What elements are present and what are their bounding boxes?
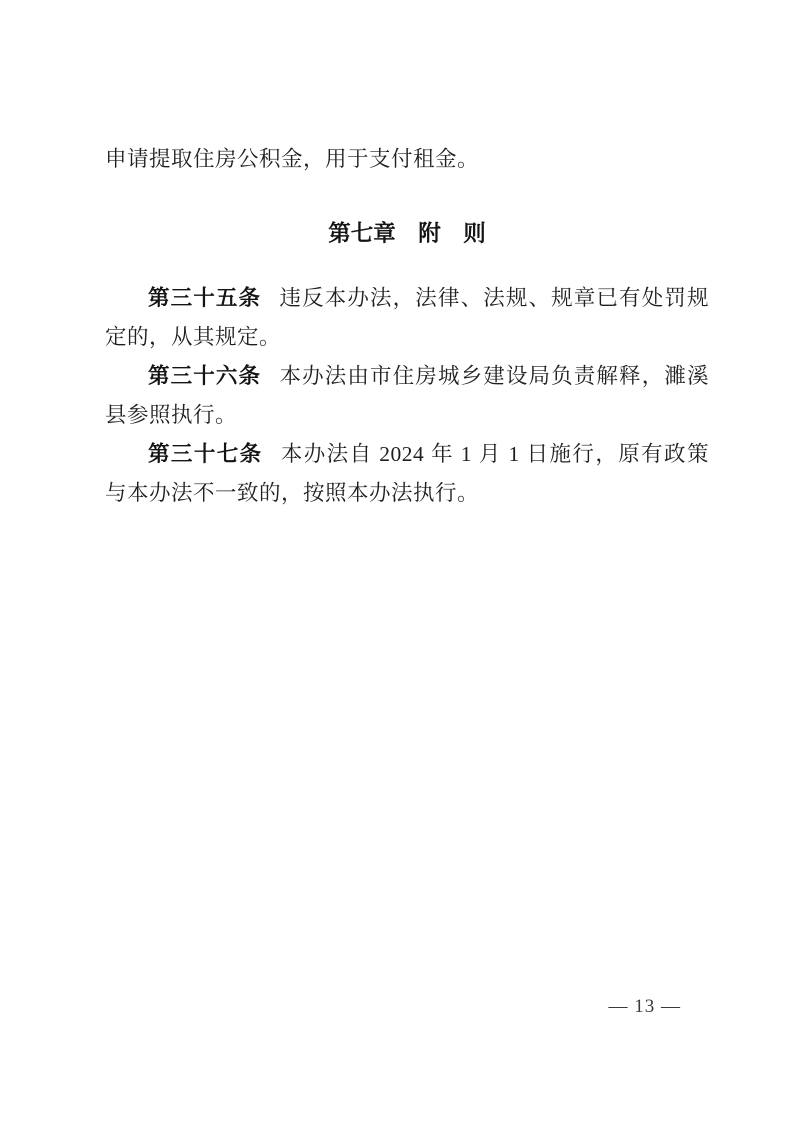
- article-number: 第三十五条: [148, 286, 261, 310]
- page-number: — 13 —: [609, 996, 682, 1018]
- article-number: 第三十六条: [148, 364, 261, 388]
- continuation-paragraph: 申请提取住房公积金，用于支付租金。: [105, 140, 709, 179]
- chapter-heading: 第七章 附 则: [105, 214, 709, 253]
- article-paragraph: 第三十五条违反本办法，法律、法规、规章已有处罚规定的，从其规定。: [105, 279, 709, 357]
- document-page: 申请提取住房公积金，用于支付租金。 第七章 附 则 第三十五条违反本办法，法律、…: [0, 0, 793, 1122]
- article-number: 第三十七条: [148, 442, 263, 466]
- article-paragraph: 第三十七条本办法自 2024 年 1 月 1 日施行，原有政策与本办法不一致的，…: [105, 435, 709, 513]
- article-paragraph: 第三十六条本办法由市住房城乡建设局负责解释，濉溪县参照执行。: [105, 357, 709, 435]
- document-content: 申请提取住房公积金，用于支付租金。 第七章 附 则 第三十五条违反本办法，法律、…: [105, 140, 709, 513]
